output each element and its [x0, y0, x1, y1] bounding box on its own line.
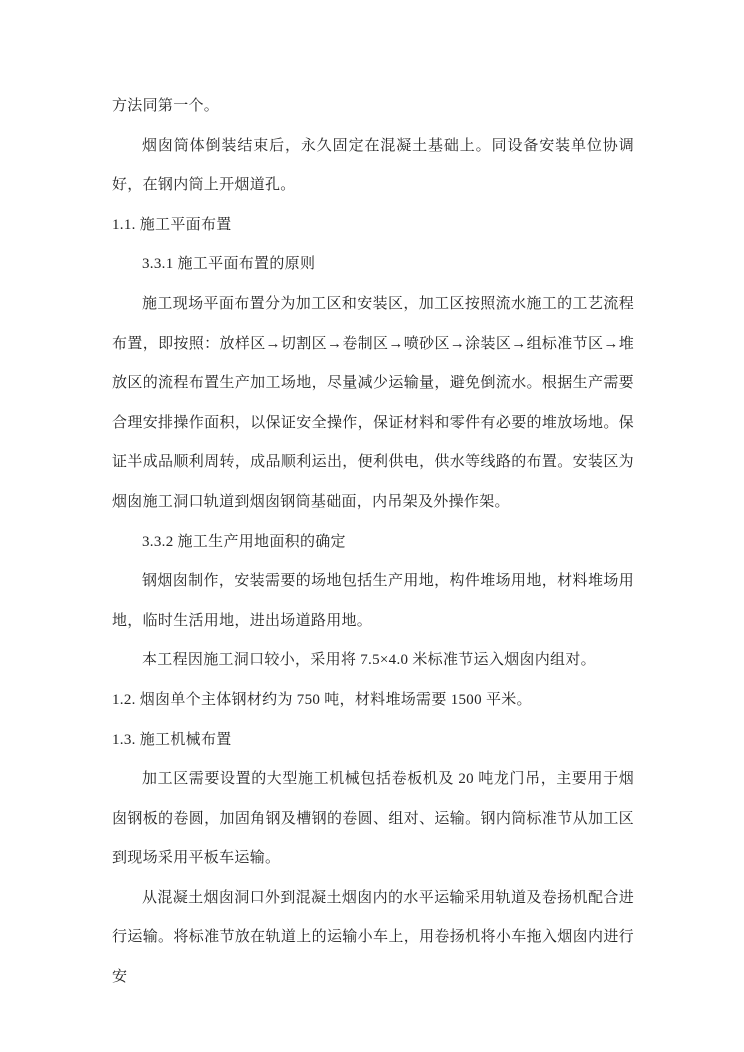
paragraph: 钢烟囱制作，安装需要的场地包括生产用地，构件堆场用地，材料堆场用地，临时生活用地…	[112, 562, 634, 641]
document-page: 方法同第一个。烟囱筒体倒装结束后，永久固定在混凝土基础上。同设备安装单位协调好，…	[0, 0, 744, 1052]
section-heading: 3.3.1 施工平面布置的原则	[112, 245, 634, 285]
paragraph: 1.2. 烟囱单个主体钢材约为 750 吨，材料堆场需要 1500 平米。	[112, 681, 634, 721]
section-heading: 1.1. 施工平面布置	[112, 206, 634, 246]
paragraph: 加工区需要设置的大型施工机械包括卷板机及 20 吨龙门吊，主要用于烟囱钢板的卷圆…	[112, 760, 634, 879]
section-heading: 3.3.2 施工生产用地面积的确定	[112, 523, 634, 563]
section-heading: 1.3. 施工机械布置	[112, 721, 634, 761]
paragraph: 施工现场平面布置分为加工区和安装区，加工区按照流水施工的工艺流程布置，即按照：放…	[112, 285, 634, 523]
paragraph: 从混凝土烟囱洞口外到混凝土烟囱内的水平运输采用轨道及卷扬机配合进行运输。将标准节…	[112, 879, 634, 998]
paragraph: 烟囱筒体倒装结束后，永久固定在混凝土基础上。同设备安装单位协调好，在钢内筒上开烟…	[112, 127, 634, 206]
paragraph: 本工程因施工洞口较小，采用将 7.5×4.0 米标准节运入烟囱内组对。	[112, 641, 634, 681]
document-body: 方法同第一个。烟囱筒体倒装结束后，永久固定在混凝土基础上。同设备安装单位协调好，…	[112, 87, 634, 998]
paragraph: 方法同第一个。	[112, 87, 634, 127]
